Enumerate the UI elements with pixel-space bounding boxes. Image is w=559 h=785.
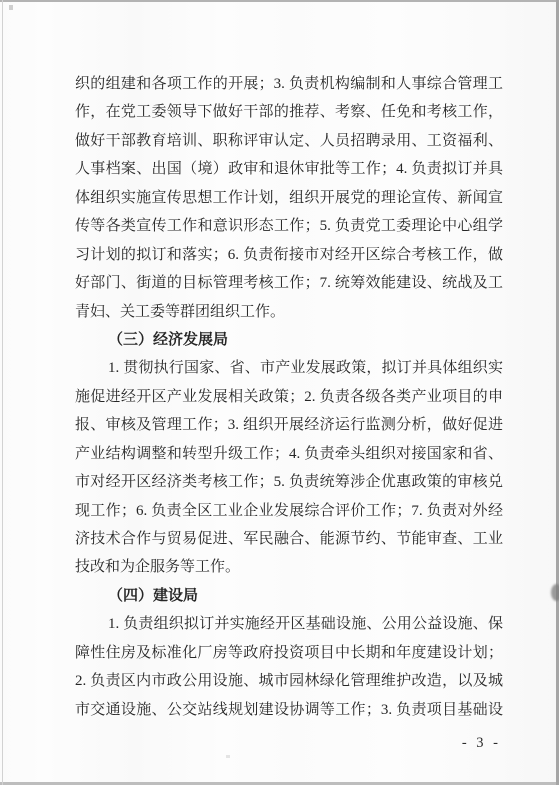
scan-speck-bottom — [226, 755, 230, 758]
text-line: 1. 贯彻执行国家、省、市产业发展政策，拟订并具体组织实 — [75, 354, 503, 382]
text-line: 传等各类宣传工作和意识形态工作；5. 负责党工委理论中心组学 — [75, 212, 503, 240]
text-line: 习计划的拟订和落实；6. 负责衔接市对经开区综合考核工作，做 — [75, 241, 503, 269]
scan-edge-left — [2, 0, 3, 785]
document-page: 织的组建和各项工作的开展；3. 负责机构编制和人事综合管理工作，在党工委领导下做… — [0, 0, 559, 785]
scan-edge-top — [0, 0, 559, 2]
scan-smudge — [551, 584, 559, 601]
text-line: 好部门、街道的目标管理考核工作；7. 统筹效能建设、统战及工 — [75, 269, 503, 297]
text-line: 作，在党工委领导下做好干部的推荐、考察、任免和考核工作， — [75, 98, 503, 126]
text-line: 做好干部教育培训、职称评审认定、人员招聘录用、工资福利、 — [75, 127, 503, 155]
text-line: 障性住房及标准化厂房等政府投资项目中长期和年度建设计划； — [75, 639, 503, 667]
text-line: 2. 负责区内市政公用设施、城市园林绿化管理维护改造，以及城 — [75, 667, 503, 695]
text-line: 施促进经开区产业发展相关政策；2. 负责各级各类产业项目的申 — [75, 383, 503, 411]
scan-speck-top — [9, 5, 13, 10]
text-line: 产业结构调整和转型升级工作；4. 负责牵头组织对接国家和省、 — [75, 440, 503, 468]
page-number: - 3 - — [462, 735, 501, 752]
text-line: 市对经开区经济类考核工作；5. 负责统筹涉企优惠政策的审核兑 — [75, 468, 503, 496]
text-line: 织的组建和各项工作的开展；3. 负责机构编制和人事综合管理工 — [75, 70, 503, 98]
text-line: 体组织实施宣传思想工作计划，组织开展党的理论宣传、新闻宣 — [75, 184, 503, 212]
text-line: 技改和为企服务等工作。 — [75, 553, 503, 581]
text-line: 人事档案、出国（境）政审和退休审批等工作；4. 负责拟订并具 — [75, 155, 503, 183]
text-line: 1. 负责组织拟订并实施经开区基础设施、公用公益设施、保 — [75, 610, 503, 638]
text-line: （三）经济发展局 — [75, 326, 503, 354]
text-line: （四）建设局 — [75, 582, 503, 610]
text-line: 报、审核及管理工作；3. 组织开展经济运行监测分析，做好促进 — [75, 411, 503, 439]
text-line: 青妇、关工委等群团组织工作。 — [75, 298, 503, 326]
text-line: 济技术合作与贸易促进、军民融合、能源节约、节能审查、工业 — [75, 525, 503, 553]
text-line: 市交通设施、公交站线规划建设协调等工作；3. 负责项目基础设 — [75, 696, 503, 724]
text-line: 现工作；6. 负责全区工业企业发展综合评价工作；7. 负责对外经 — [75, 497, 503, 525]
document-text: 织的组建和各项工作的开展；3. 负责机构编制和人事综合管理工作，在党工委领导下做… — [75, 70, 503, 724]
